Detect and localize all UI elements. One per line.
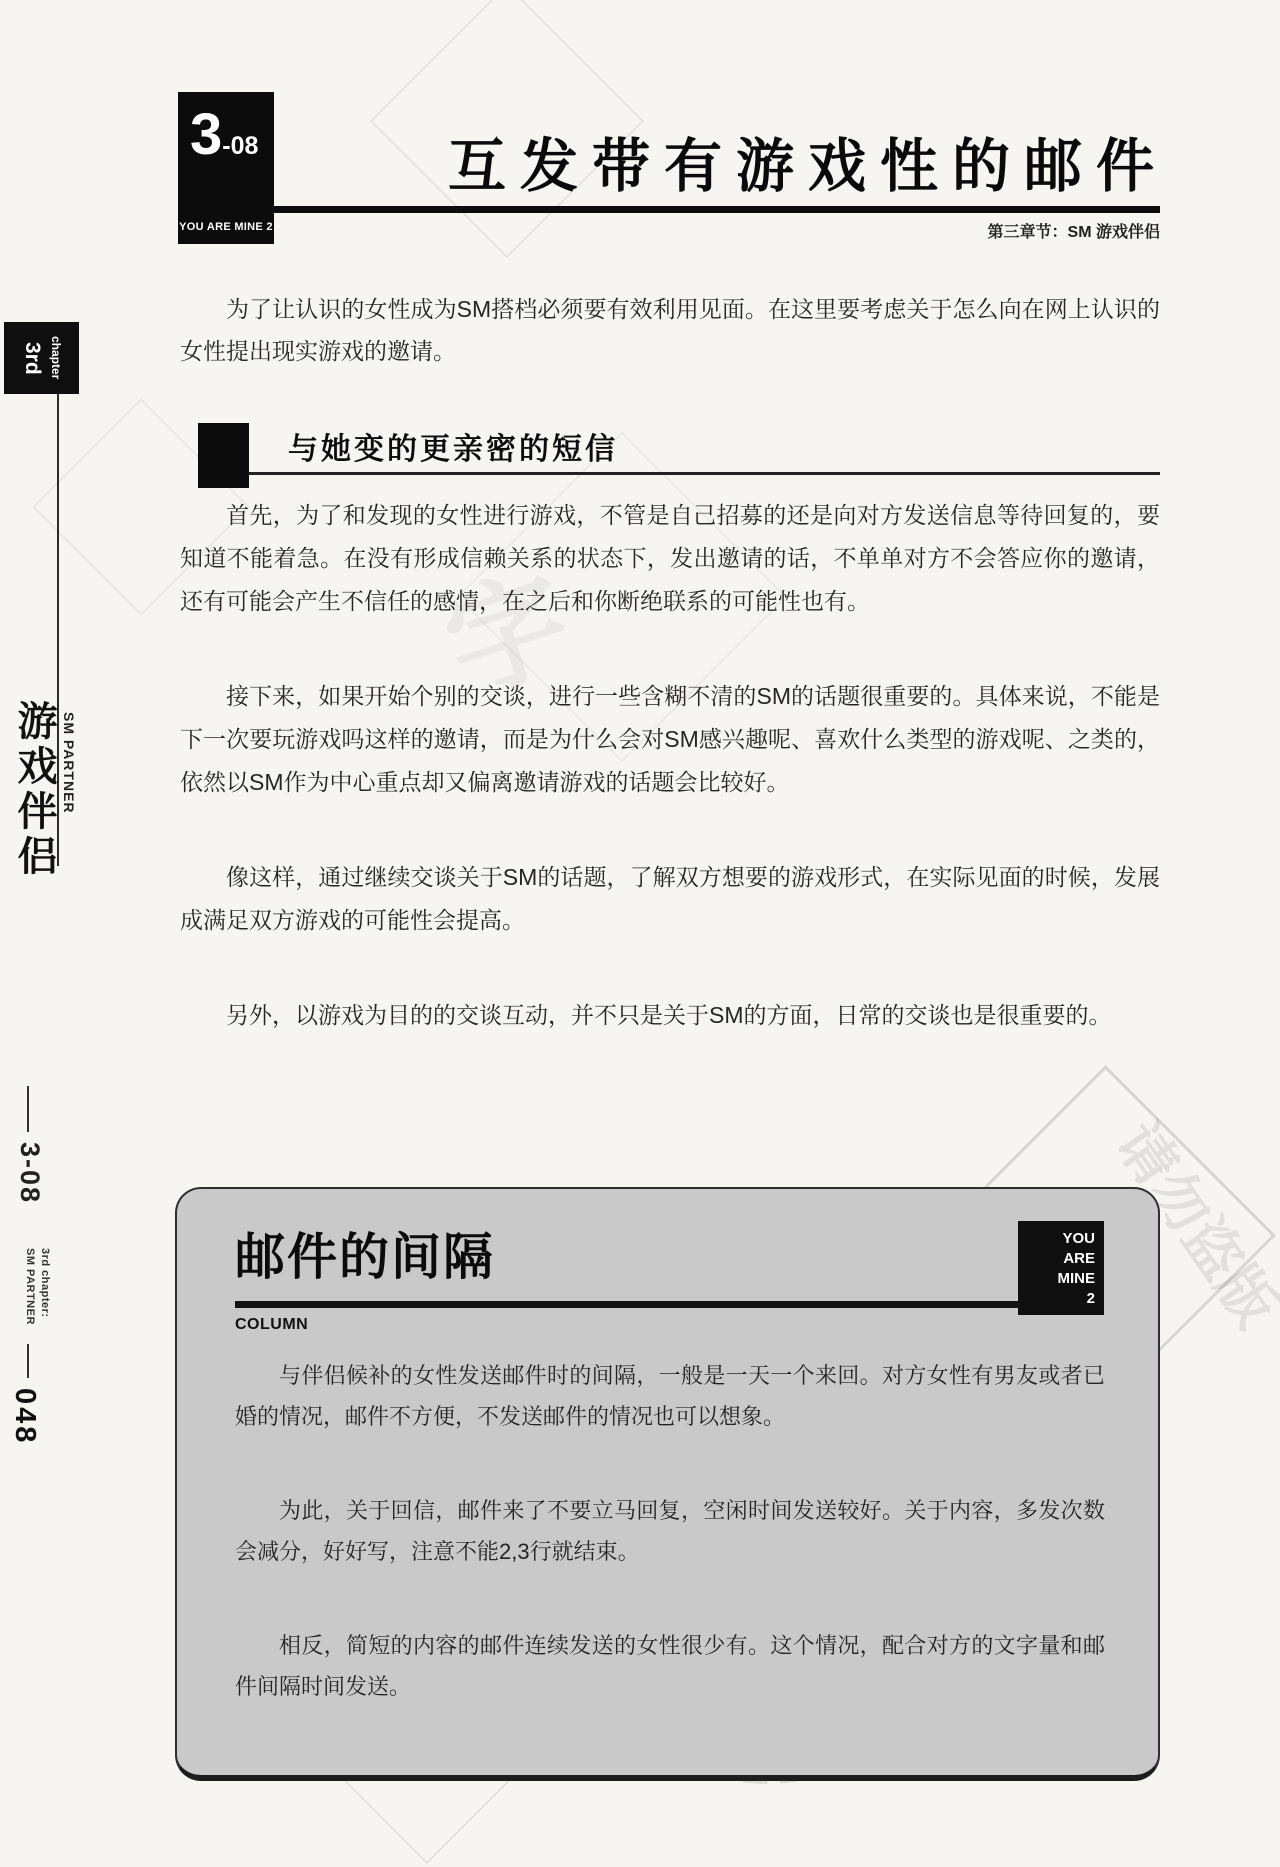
title-rule (266, 206, 1160, 213)
body-paragraph-4: 另外，以游戏为目的的交谈互动，并不只是关于SM的方面，日常的交谈也是很重要的。 (180, 994, 1160, 1037)
page-subtitle: 第三章节：SM 游戏伴侣 (988, 219, 1160, 242)
column-box: 邮件的间隔 YOU ARE MINE 2 COLUMN 与伴侣候补的女性发送邮件… (175, 1187, 1160, 1781)
section-rule (249, 472, 1160, 475)
page-title: 互发带有游戏性的邮件 (300, 136, 1168, 198)
column-badge-line2: ARE (1018, 1249, 1095, 1269)
column-paragraph-3: 相反，简短的内容的邮件连续发送的女性很少有。这个情况，配合对方的文字量和邮件间隔… (235, 1625, 1105, 1707)
sidebar-footer-caption-line2: SM PARTNER (22, 1248, 37, 1325)
sidebar-chapter-tab: 3rd chapter (4, 322, 79, 394)
column-paragraph-1: 与伴侣候补的女性发送邮件时的间隔，一般是一天一个来回。对方女性有男友或者已婚的情… (235, 1355, 1105, 1437)
sidebar-separator (27, 1086, 29, 1132)
chapter-number: 3 -08 (178, 92, 274, 164)
column-body: 与伴侣候补的女性发送邮件时的间隔，一般是一天一个来回。对方女性有男友或者已婚的情… (235, 1355, 1105, 1760)
chapter-number-box: 3 -08 YOU ARE MINE 2 (178, 92, 274, 244)
sidebar-chapter-tab-number: 3rd (20, 342, 44, 375)
sidebar-section-number: 3-08 (14, 1142, 45, 1204)
chapter-number-major: 3 (190, 106, 222, 164)
column-badge-line4: 2 (1018, 1289, 1095, 1309)
section-marker-square (198, 423, 249, 488)
section-body: 首先，为了和发现的女性进行游戏，不管是自己招募的还是向对方发送信息等待回复的，要… (180, 494, 1160, 1089)
column-paragraph-2: 为此，关于回信，邮件来了不要立马回复，空闲时间发送较好。关于内容，多发次数会减分… (235, 1490, 1105, 1572)
section-heading: 与她变的更亲密的短信 (288, 424, 618, 468)
sidebar-separator (27, 1344, 29, 1378)
sidebar-chapter-tab-label: chapter (49, 336, 63, 379)
series-label: YOU ARE MINE 2 (178, 221, 274, 233)
intro-paragraph: 为了让认识的女性成为SM搭档必须要有效利用见面。在这里要考虑关于怎么向在网上认识… (180, 288, 1160, 372)
chapter-number-minor: -08 (222, 132, 258, 161)
sidebar-footer-caption-line1: 3rd chapter: (37, 1248, 52, 1325)
page-number: 048 (8, 1388, 41, 1445)
column-series-badge: YOU ARE MINE 2 (1018, 1221, 1104, 1315)
body-paragraph-3: 像这样，通过继续交谈关于SM的话题，了解双方想要的游戏形式，在实际见面的时候，发… (180, 856, 1160, 942)
column-title-rule (235, 1301, 1020, 1308)
watermark-diamond-icon (370, 0, 644, 258)
body-paragraph-2: 接下来，如果开始个别的交谈，进行一些含糊不清的SM的话题很重要的。具体来说，不能… (180, 675, 1160, 804)
sidebar-footer-caption: 3rd chapter: SM PARTNER (22, 1248, 52, 1325)
column-badge-line3: MINE (1018, 1269, 1095, 1289)
column-title: 邮件的间隔 (235, 1217, 495, 1289)
sidebar-vertical-title: 游戏伴侣 (6, 700, 63, 880)
column-badge-line1: YOU (1018, 1229, 1095, 1249)
sidebar-vertical-subtitle: SM PARTNER (61, 712, 77, 814)
column-label: COLUMN (235, 1316, 308, 1334)
book-page: 字 圈 QQ:30 318 请勿盗版 3rd chapter 游戏伴侣 SM P… (0, 0, 1280, 1867)
body-paragraph-1: 首先，为了和发现的女性进行游戏，不管是自己招募的还是向对方发送信息等待回复的，要… (180, 494, 1160, 623)
